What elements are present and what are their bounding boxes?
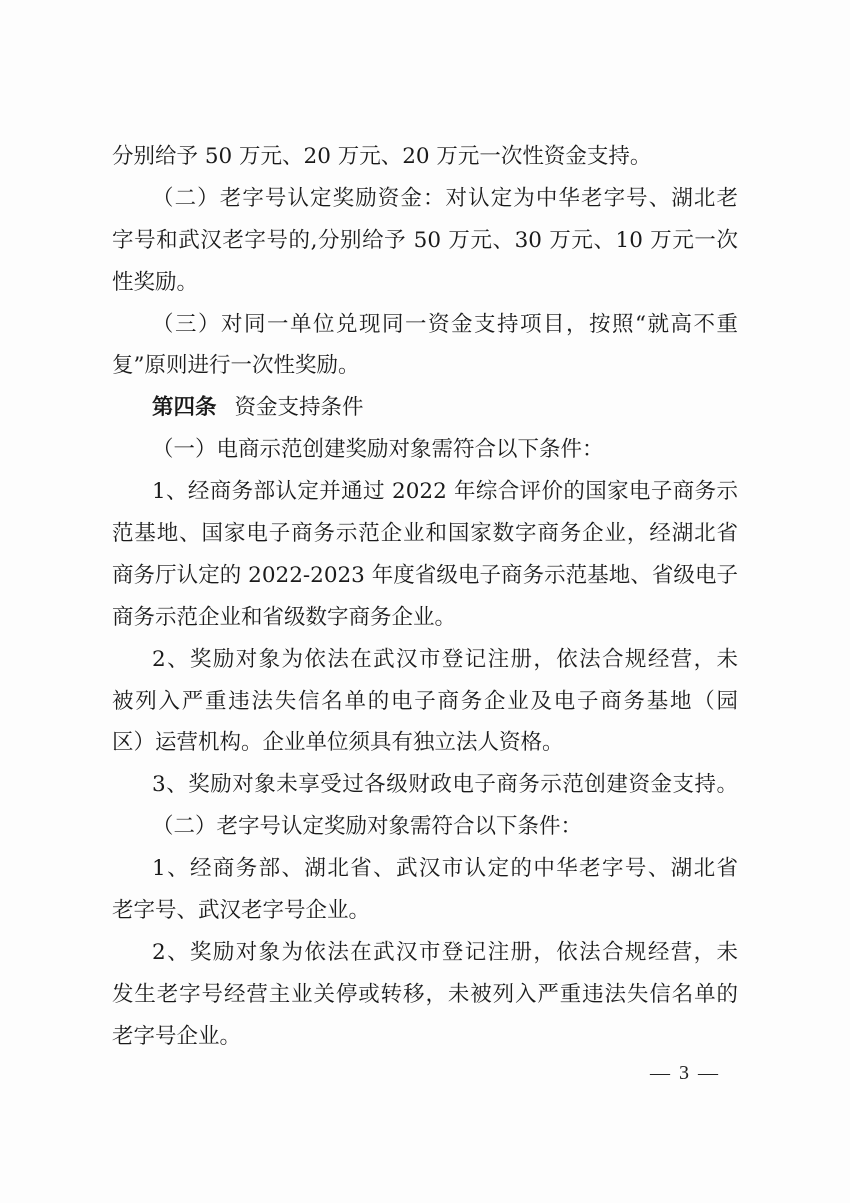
section-heading: （二）老字号认定奖励对象需符合以下条件： — [112, 806, 738, 848]
paragraph-line: 3、奖励对象未享受过各级财政电子商务示范创建资金支持。 — [112, 764, 738, 806]
paragraph-line: 老字号、武汉老字号企业。 — [112, 890, 738, 932]
paragraph-line: 范基地、国家电子商务示范企业和国家数字商务企业，经湖北省 — [112, 513, 738, 555]
paragraph-line: 被列入严重违法失信名单的电子商务企业及电子商务基地（园 — [112, 681, 738, 723]
paragraph-line: 2、奖励对象为依法在武汉市登记注册，依法合规经营，未 — [112, 639, 738, 681]
paragraph-line: 1、经商务部、湖北省、武汉市认定的中华老字号、湖北省 — [112, 848, 738, 890]
document-page: 分别给予 50 万元、20 万元、20 万元一次性资金支持。 （二）老字号认定奖… — [112, 136, 738, 1058]
paragraph-line: 性奖励。 — [112, 262, 738, 304]
article-heading: 第四条资金支持条件 — [112, 387, 738, 429]
article-title: 资金支持条件 — [235, 395, 364, 420]
paragraph-line: 老字号企业。 — [112, 1016, 738, 1058]
paragraph-line: 复”原则进行一次性奖励。 — [112, 345, 738, 387]
paragraph-line: 发生老字号经营主业关停或转移，未被列入严重违法失信名单的 — [112, 974, 738, 1016]
article-number: 第四条 — [152, 395, 217, 420]
paragraph-line: 商务示范企业和省级数字商务企业。 — [112, 597, 738, 639]
paragraph-line: 1、经商务部认定并通过 2022 年综合评价的国家电子商务示 — [112, 471, 738, 513]
paragraph-line: （二）老字号认定奖励资金：对认定为中华老字号、湖北老 — [112, 178, 738, 220]
page-number: — 3 — — [650, 1062, 720, 1085]
section-heading: （一）电商示范创建奖励对象需符合以下条件： — [112, 429, 738, 471]
paragraph-line: 商务厅认定的 2022-2023 年度省级电子商务示范基地、省级电子 — [112, 555, 738, 597]
paragraph-line: 2、奖励对象为依法在武汉市登记注册，依法合规经营，未 — [112, 932, 738, 974]
paragraph-line: （三）对同一单位兑现同一资金支持项目，按照“就高不重 — [112, 304, 738, 346]
paragraph-line: 分别给予 50 万元、20 万元、20 万元一次性资金支持。 — [112, 136, 738, 178]
paragraph-line: 字号和武汉老字号的,分别给予 50 万元、30 万元、10 万元一次 — [112, 220, 738, 262]
paragraph-line: 区）运营机构。企业单位须具有独立法人资格。 — [112, 722, 738, 764]
